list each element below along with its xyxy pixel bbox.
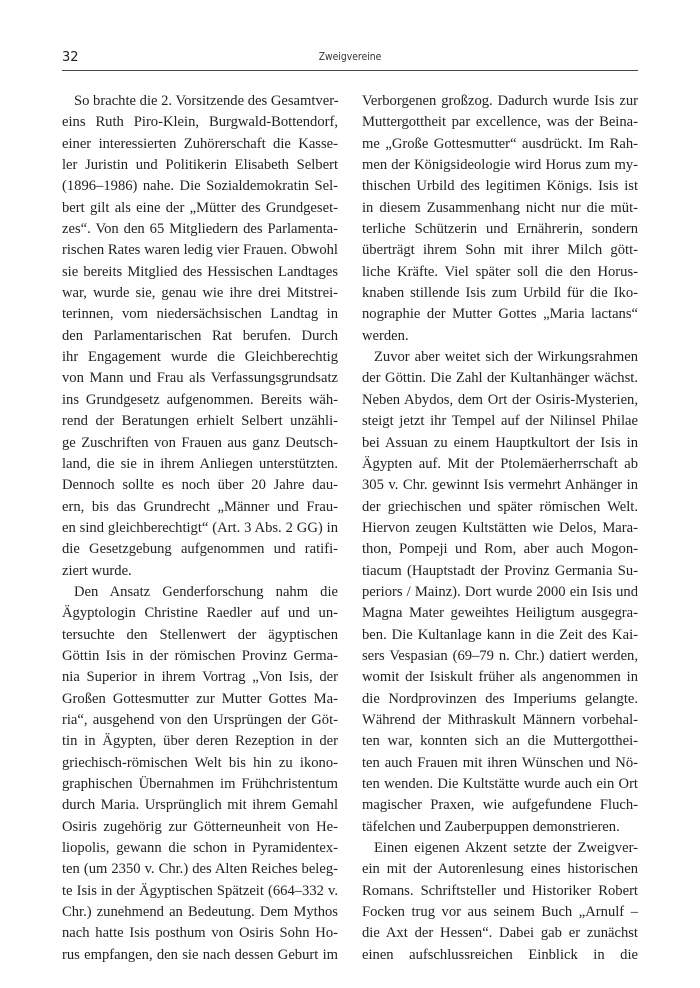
page-number: 32	[62, 50, 79, 65]
book-page: 32 Zweigvereine So brachte die 2. Vorsit…	[0, 0, 700, 988]
text-line: zes“. Von den 65 Mitgliedern des Parlame…	[62, 219, 338, 240]
text-line: ge Zuschriften von Frauen aus ganz Deuts…	[62, 433, 338, 454]
text-line: ben. Die Kultanlage kann in die Zeit des…	[362, 625, 638, 646]
text-line: tin in Ägypten, über deren Rezeption in …	[62, 731, 338, 752]
text-line: einen aufschlussreichen Einblick in die	[362, 945, 638, 966]
text-line: Einen eigenen Akzent setzte der Zweigver…	[362, 838, 638, 859]
text-line: knaben stillende Isis zum Urbild für die…	[362, 283, 638, 304]
text-line: ten war, konnten sich an die Muttergotth…	[362, 731, 638, 752]
text-line: der Göttin. Die Zahl der Kultanhänger wä…	[362, 368, 638, 389]
text-line: Verborgenen großzog. Dadurch wurde Isis …	[362, 91, 638, 112]
text-line: Hiervon zeugen Kultstätten wie Delos, Ma…	[362, 518, 638, 539]
text-line: in diesem Zusammenhang nicht nur die müt…	[362, 198, 638, 219]
text-line: me „Große Gottesmutter“ ausdrückt. Im Ra…	[362, 134, 638, 155]
text-line: Ägypten auf. Mit der Ptolemäerherrschaft…	[362, 454, 638, 475]
text-line: periors / Mainz). Dort wurde 2000 ein Is…	[362, 582, 638, 603]
text-line: ria“, ausgehend von den Ursprüngen der G…	[62, 710, 338, 731]
text-line: war, wurde sie, genau wie ihre drei Mits…	[62, 283, 338, 304]
text-line: von Mann und Frau als Verfassungsgrundsa…	[62, 368, 338, 389]
text-line: Osiris zugehörig zur Götterneunheit von …	[62, 817, 338, 838]
text-column-right: Verborgenen großzog. Dadurch wurde Isis …	[362, 91, 638, 966]
text-line: durch Maria. Ursprünglich mit ihrem Gema…	[62, 795, 338, 816]
text-line: den Parlamentarischen Rat berufen. Durch	[62, 326, 338, 347]
text-line: tiacum (Hauptstadt der Provinz Germania …	[362, 561, 638, 582]
text-line: land, die sie in ihrem Anliegen unterstü…	[62, 454, 338, 475]
text-line: werden.	[362, 326, 638, 347]
text-line: magischer Praxen, wie aufgefundene Fluch…	[362, 795, 638, 816]
text-line: nographie der Mutter Gottes „Maria lacta…	[362, 304, 638, 325]
text-line: thon, Pompeji und Rom, aber auch Mogon-	[362, 539, 638, 560]
text-line: bert gilt als eine der „Mütter des Grund…	[62, 198, 338, 219]
text-line: Großen Gottesmutter zur Mutter Gottes Ma…	[62, 689, 338, 710]
text-line: rischen Rates waren ledig vier Frauen. O…	[62, 240, 338, 261]
running-title: Zweigvereine	[97, 51, 604, 63]
text-line: ein mit der Autorenlesung eines historis…	[362, 859, 638, 880]
text-line: sie bereits Mitglied des Hessischen Land…	[62, 262, 338, 283]
text-line: Den Ansatz Genderforschung nahm die	[62, 582, 338, 603]
text-line: en sind gleichberechtigt“ (Art. 3 Abs. 2…	[62, 518, 338, 539]
text-line: ihr Engagement wurde die Gleichberechtig	[62, 347, 338, 368]
text-line: die Axt der Hessen“. Dabei gab er zunäch…	[362, 923, 638, 944]
text-line: Focken trug vor aus seinem Buch „Arnulf …	[362, 902, 638, 923]
text-line: womit der Isiskult früher als angenommen…	[362, 667, 638, 688]
text-line: Ägyptologin Christine Raedler auf und un…	[62, 603, 338, 624]
text-line: thischen Urbild des legitimen Königs. Is…	[362, 176, 638, 197]
text-line: Göttin Isis in der römischen Provinz Ger…	[62, 646, 338, 667]
text-line: ler Juristin und Politikerin Elisabeth S…	[62, 155, 338, 176]
header-rule	[62, 70, 638, 71]
text-line: Romans. Schriftsteller und Historiker Ro…	[362, 881, 638, 902]
text-line: der griechischen und später römischen We…	[362, 497, 638, 518]
text-line: griechisch-römischen Welt bis hin zu iko…	[62, 753, 338, 774]
text-line: Chr.) zunehmend an Bedeutung. Dem Mythos	[62, 902, 338, 923]
text-line: terinnen, vom niedersächsischen Landtag …	[62, 304, 338, 325]
text-line: die Nordprovinzen des Imperiums gelangte…	[362, 689, 638, 710]
text-line: überträgt ihrem Sohn mit ihrer Milch göt…	[362, 240, 638, 261]
text-line: Zuvor aber weitet sich der Wirkungsrahme…	[362, 347, 638, 368]
text-line: Während der Mithraskult Männern vorbehal…	[362, 710, 638, 731]
text-line: tersuchte den Stellenwert der ägyptische…	[62, 625, 338, 646]
text-line: liopolis, gewann die schon in Pyramident…	[62, 838, 338, 859]
text-line: die Gesetzgebung aufgenommen und ratifi-	[62, 539, 338, 560]
text-line: täfelchen und Zauberpuppen demonstrieren…	[362, 817, 638, 838]
text-line: ziert wurde.	[62, 561, 338, 582]
text-line: Dennoch sollte es noch über 20 Jahre dau…	[62, 475, 338, 496]
text-line: terliche Schützerin und Ernährerin, sond…	[362, 219, 638, 240]
text-line: So brachte die 2. Vorsitzende des Gesamt…	[62, 91, 338, 112]
running-head: 32 Zweigvereine	[62, 50, 638, 70]
text-line: Muttergottheit par excellence, was der B…	[362, 112, 638, 133]
text-line: Magna Mater geweihtes Heiligtum ausgegra…	[362, 603, 638, 624]
text-line: rus empfangen, den sie nach dessen Gebur…	[62, 945, 338, 966]
text-line: ten (um 2350 v. Chr.) des Alten Reiches …	[62, 859, 338, 880]
text-column-left: So brachte die 2. Vorsitzende des Gesamt…	[62, 91, 338, 966]
text-line: nach hatte Isis posthum von Osiris Sohn …	[62, 923, 338, 944]
text-line: einer interessierten Zuhörerschaft die K…	[62, 134, 338, 155]
text-line: te Isis in der Ägyptischen Spätzeit (664…	[62, 881, 338, 902]
text-line: graphischen Übernahmen im Frühchristentu…	[62, 774, 338, 795]
text-line: Neben Abydos, dem Ort der Osiris-Mysteri…	[362, 390, 638, 411]
text-line: rend der Beratungen erhielt Selbert unzä…	[62, 411, 338, 432]
text-line: ten wenden. Die Kultstätte wurde auch ei…	[362, 774, 638, 795]
text-line: liche Kräfte. Viel später soll die den H…	[362, 262, 638, 283]
text-line: eins Ruth Piro-Klein, Burgwald-Bottendor…	[62, 112, 338, 133]
text-line: ins Grundgesetz aufgenommen. Bereits wäh…	[62, 390, 338, 411]
text-line: bei Assuan zu einem Hauptkultort der Isi…	[362, 433, 638, 454]
text-line: men der Königsideologie wird Horus zum m…	[362, 155, 638, 176]
text-line: steigt jetzt ihr Tempel auf der Nilinsel…	[362, 411, 638, 432]
text-line: ern, bis das Grundrecht „Männer und Frau…	[62, 497, 338, 518]
text-line: ten auch Frauen mit ihren Wünschen und N…	[362, 753, 638, 774]
text-line: sers Vespasian (69–79 n. Chr.) datiert w…	[362, 646, 638, 667]
text-line: 305 v. Chr. gewinnt Isis vermehrt Anhäng…	[362, 475, 638, 496]
text-line: (1896–1986) nahe. Die Sozialdemokratin S…	[62, 176, 338, 197]
text-line: nia Superior in ihrem Vortrag „Von Isis,…	[62, 667, 338, 688]
